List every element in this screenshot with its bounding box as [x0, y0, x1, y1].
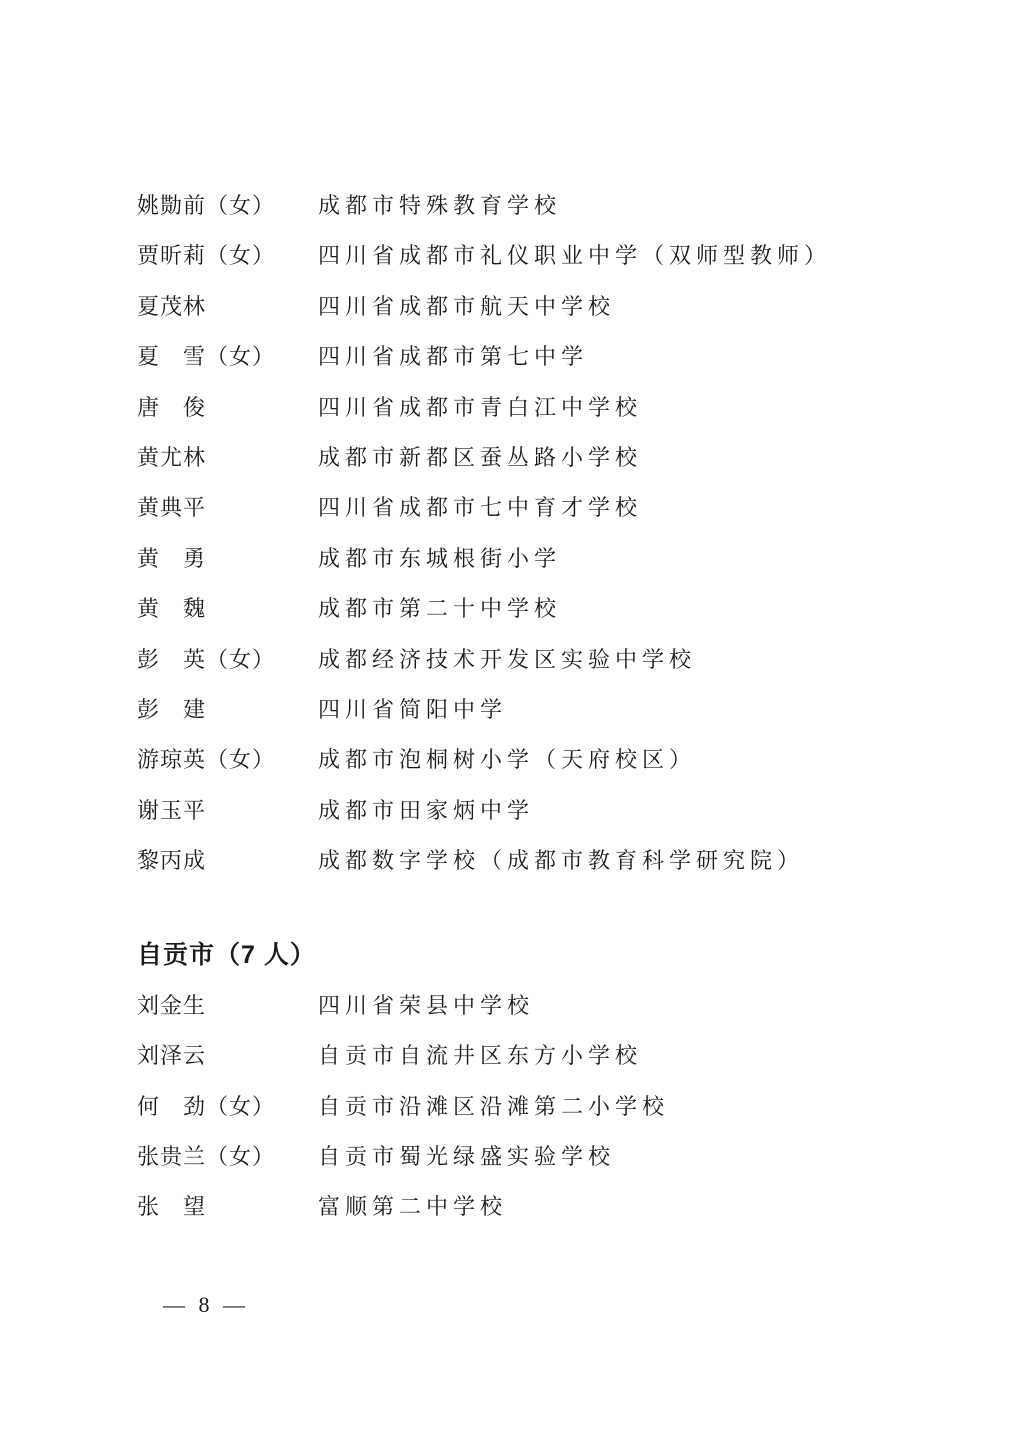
person-name: 黄尤林 [137, 445, 206, 470]
gender-note: （女） [206, 1144, 275, 1169]
person-name-cell: 张 望 [137, 1182, 318, 1232]
person-name-cell: 黄 勇 [137, 534, 318, 584]
person-name-cell: 刘金生 [137, 981, 318, 1031]
table-row: 唐 俊 四川省成都市青白江中学校 [137, 383, 964, 433]
person-name-cell: 彭 建 [137, 685, 318, 735]
gender-note: （女） [206, 647, 275, 672]
table-row: 贾昕莉（女） 四川省成都市礼仪职业中学（双师型教师） [137, 231, 964, 281]
gender-note: （女） [206, 193, 275, 218]
person-name: 黄 勇 [137, 546, 206, 571]
school-name: 四川省成都市礼仪职业中学（双师型教师） [318, 231, 831, 281]
person-name: 夏 雪 [137, 344, 206, 369]
person-name: 刘泽云 [137, 1043, 206, 1068]
table-row: 黎丙成 成都数字学校（成都市教育科学研究院） [137, 836, 964, 886]
school-name: 四川省成都市青白江中学校 [318, 383, 642, 433]
person-name: 黎丙成 [137, 848, 206, 873]
table-row: 黄尤林 成都市新都区蚕丛路小学校 [137, 433, 964, 483]
person-name: 游琼英 [137, 747, 206, 772]
person-name: 谢玉平 [137, 798, 206, 823]
table-row: 彭 建 四川省简阳中学 [137, 685, 964, 735]
person-name: 刘金生 [137, 993, 206, 1018]
school-name: 四川省荣县中学校 [318, 981, 534, 1031]
person-name-cell: 唐 俊 [137, 383, 318, 433]
person-name-cell: 何 劲（女） [137, 1082, 318, 1132]
school-name: 四川省成都市第七中学 [318, 332, 588, 382]
school-name: 成都经济技术开发区实验中学校 [318, 635, 696, 685]
person-name: 唐 俊 [137, 395, 206, 420]
school-name: 富顺第二中学校 [318, 1182, 507, 1232]
gender-note: （女） [206, 243, 275, 268]
person-name-cell: 彭 英（女） [137, 635, 318, 685]
school-name: 自贡市自流井区东方小学校 [318, 1031, 642, 1081]
school-name: 四川省成都市七中育才学校 [318, 483, 642, 533]
table-row: 刘金生 四川省荣县中学校 [137, 981, 964, 1031]
table-row: 张 望 富顺第二中学校 [137, 1182, 964, 1232]
table-row: 何 劲（女） 自贡市沿滩区沿滩第二小学校 [137, 1082, 964, 1132]
page-number: — 8 — [163, 1290, 249, 1320]
gender-note: （女） [206, 344, 275, 369]
table-row: 刘泽云 自贡市自流井区东方小学校 [137, 1031, 964, 1081]
school-name: 成都市田家炳中学 [318, 786, 534, 836]
person-name-cell: 刘泽云 [137, 1031, 318, 1081]
table-row: 黄 魏 成都市第二十中学校 [137, 584, 964, 634]
document-page: 姚勚前（女） 成都市特殊教育学校 贾昕莉（女） 四川省成都市礼仪职业中学（双师型… [0, 0, 1024, 1448]
table-row: 张贵兰（女） 自贡市蜀光绿盛实验学校 [137, 1132, 964, 1182]
school-name: 成都市第二十中学校 [318, 584, 561, 634]
table-row: 夏茂林 四川省成都市航天中学校 [137, 282, 964, 332]
table-row: 游琼英（女） 成都市泡桐树小学（天府校区） [137, 735, 964, 785]
table-row: 夏 雪（女） 四川省成都市第七中学 [137, 332, 964, 382]
school-name: 成都数字学校（成都市教育科学研究院） [318, 836, 804, 886]
person-name: 夏茂林 [137, 294, 206, 319]
person-name-cell: 夏茂林 [137, 282, 318, 332]
person-name-cell: 夏 雪（女） [137, 332, 318, 382]
person-name-cell: 谢玉平 [137, 786, 318, 836]
table-row: 黄典平 四川省成都市七中育才学校 [137, 483, 964, 533]
person-name-cell: 姚勚前（女） [137, 181, 318, 231]
person-name: 姚勚前 [137, 193, 206, 218]
person-name: 贾昕莉 [137, 243, 206, 268]
school-name: 自贡市蜀光绿盛实验学校 [318, 1132, 615, 1182]
person-name-cell: 张贵兰（女） [137, 1132, 318, 1182]
person-name-cell: 黎丙成 [137, 836, 318, 886]
gender-note: （女） [206, 1094, 275, 1119]
name-list: 姚勚前（女） 成都市特殊教育学校 贾昕莉（女） 四川省成都市礼仪职业中学（双师型… [137, 181, 964, 1233]
school-name: 四川省简阳中学 [318, 685, 507, 735]
school-name: 自贡市沿滩区沿滩第二小学校 [318, 1082, 669, 1132]
section-header-zigong: 自贡市（7 人） [137, 930, 964, 980]
person-name-cell: 黄 魏 [137, 584, 318, 634]
person-name-cell: 游琼英（女） [137, 735, 318, 785]
school-name: 成都市特殊教育学校 [318, 181, 561, 231]
school-name: 成都市新都区蚕丛路小学校 [318, 433, 642, 483]
person-name: 何 劲 [137, 1094, 206, 1119]
person-name-cell: 黄典平 [137, 483, 318, 533]
table-row: 谢玉平 成都市田家炳中学 [137, 786, 964, 836]
school-name: 四川省成都市航天中学校 [318, 282, 615, 332]
person-name: 张贵兰 [137, 1144, 206, 1169]
person-name: 黄典平 [137, 495, 206, 520]
school-name: 成都市东城根街小学 [318, 534, 561, 584]
school-name: 成都市泡桐树小学（天府校区） [318, 735, 696, 785]
table-row: 姚勚前（女） 成都市特殊教育学校 [137, 181, 964, 231]
person-name: 黄 魏 [137, 596, 206, 621]
person-name-cell: 贾昕莉（女） [137, 231, 318, 281]
person-name-cell: 黄尤林 [137, 433, 318, 483]
person-name: 彭 英 [137, 647, 206, 672]
person-name: 彭 建 [137, 697, 206, 722]
table-row: 彭 英（女） 成都经济技术开发区实验中学校 [137, 635, 964, 685]
gender-note: （女） [206, 747, 275, 772]
table-row: 黄 勇 成都市东城根街小学 [137, 534, 964, 584]
person-name: 张 望 [137, 1194, 206, 1219]
